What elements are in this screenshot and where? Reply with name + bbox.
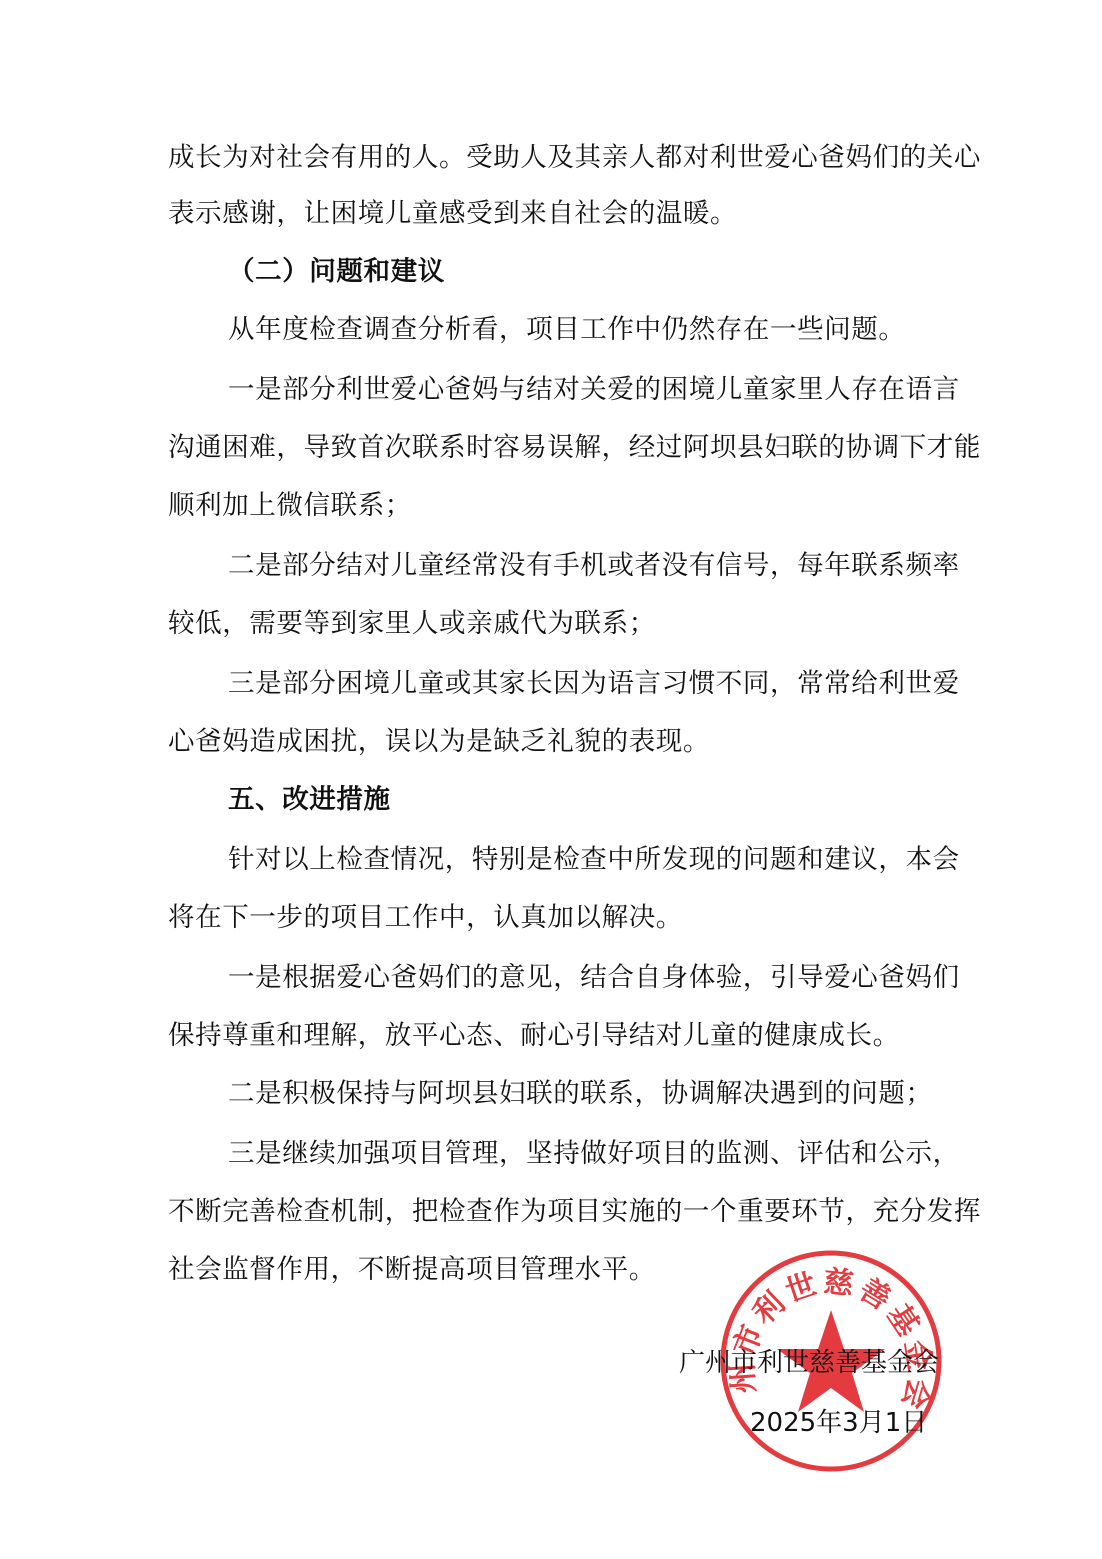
signature-organization: 广州市利世慈善基金会	[679, 1342, 939, 1379]
body-line: 一是部分利世爱心爸妈与结对关爱的困境儿童家里人存在语言	[228, 374, 960, 406]
document-page: 成长为对社会有用的人。受助人及其亲人都对利世爱心爸妈们的关心 表示感谢，让困境儿…	[0, 0, 1102, 1559]
signature-date: 2025年3月1日	[750, 1402, 927, 1439]
section-heading: 五、改进措施	[228, 784, 391, 816]
body-line: 从年度检查调查分析看，项目工作中仍然存在一些问题。	[228, 314, 906, 346]
body-line: 不断完善检查机制，把检查作为项目实施的一个重要环节，充分发挥	[168, 1196, 981, 1228]
section-heading: （二）问题和建议	[228, 256, 445, 288]
body-line: 三是部分困境儿童或其家长因为语言习惯不同，常常给利世爱	[228, 668, 960, 700]
body-line: 三是继续加强项目管理，坚持做好项目的监测、评估和公示，	[228, 1138, 960, 1170]
body-line: 较低，需要等到家里人或亲戚代为联系；	[168, 608, 656, 640]
body-line: 顺利加上微信联系；	[168, 490, 412, 522]
body-line: 二是部分结对儿童经常没有手机或者没有信号，每年联系频率	[228, 550, 960, 582]
body-line: 表示感谢，让困境儿童感受到来自社会的温暖。	[168, 198, 737, 230]
body-line: 心爸妈造成困扰，误以为是缺乏礼貌的表现。	[168, 726, 710, 758]
body-line: 保持尊重和理解，放平心态、耐心引导结对儿童的健康成长。	[168, 1020, 900, 1052]
body-line: 沟通困难，导致首次联系时容易误解，经过阿坝县妇联的协调下才能	[168, 432, 981, 464]
body-line: 二是积极保持与阿坝县妇联的联系，协调解决遇到的问题；	[228, 1078, 933, 1110]
body-line: 将在下一步的项目工作中，认真加以解决。	[168, 902, 683, 934]
body-line: 针对以上检查情况，特别是检查中所发现的问题和建议，本会	[228, 844, 960, 876]
body-line: 一是根据爱心爸妈们的意见，结合自身体验，引导爱心爸妈们	[228, 962, 960, 994]
body-line: 成长为对社会有用的人。受助人及其亲人都对利世爱心爸妈们的关心	[168, 142, 981, 174]
body-line: 社会监督作用，不断提高项目管理水平。	[168, 1254, 656, 1286]
